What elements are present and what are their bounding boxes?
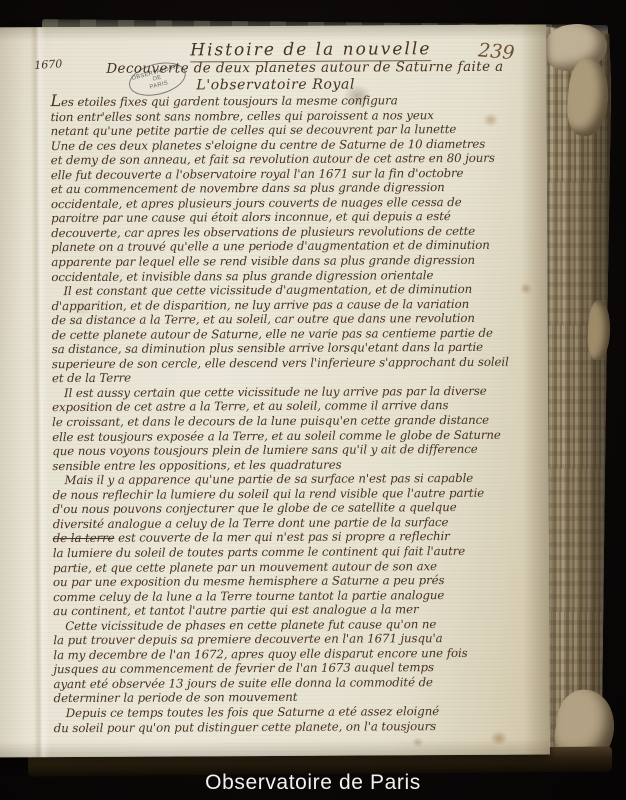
manuscript-line: superieure de son cercle, elle descend v… [52,354,530,371]
manuscript-lines: Les etoiles fixes qui gardent tousjours … [50,92,531,736]
stain [412,737,424,747]
manuscript-line: occidentale, et apres plusieurs jours co… [51,194,529,211]
photo-of-manuscript: 1670 239 Histoire de la nouvelle Decouve… [0,0,626,800]
photo-caption: Observatoire de Paris [0,771,626,795]
manuscript-line: apparente par lequel elle se rend visibl… [51,253,529,270]
manuscript-line: du soleil pour qu'on put distinguer cett… [54,718,532,735]
manuscript-line: la lumiere du soleil de toutes parts com… [53,544,531,561]
manuscript-line: de nous reflechir la lumiere du soleil q… [53,485,531,502]
manuscript-line: que nous voyons tousjours plein de lumie… [52,442,530,459]
margin-year: 1670 [34,57,63,72]
stamp-text-bottom: Paris [149,80,169,91]
manuscript-line: la my decembre de l'an 1672, apres quoy … [53,645,531,662]
stain [490,731,508,746]
page-title-line3: L'observatoire Royal [196,77,355,94]
manuscript-line: elle fut decouverte a l'observatoire roy… [51,165,529,182]
manuscript-page: 1670 239 Histoire de la nouvelle Decouve… [0,25,550,758]
tattered-page-edge [587,300,611,361]
struck-text: de la terre [53,531,115,545]
